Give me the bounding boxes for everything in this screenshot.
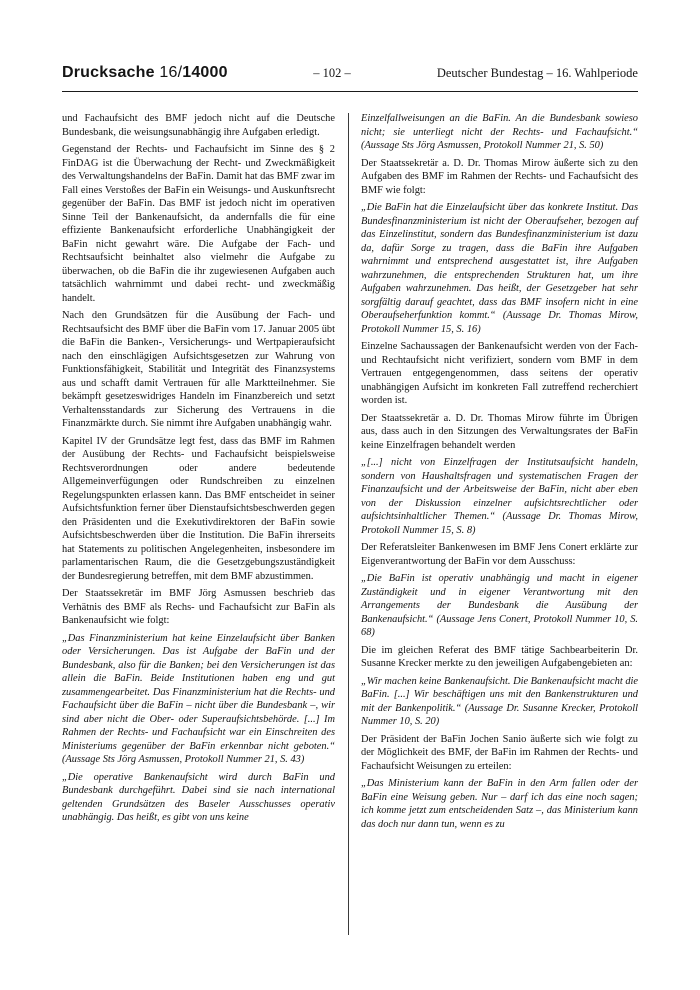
document-page: Drucksache 16/14000 – 102 – Deutscher Bu… — [0, 0, 700, 990]
paragraph: Einzelne Sachaussagen der Bankenaufsicht… — [361, 340, 638, 408]
quote-paragraph: „Die BaFin hat die Einzelaufsicht über d… — [361, 201, 638, 336]
left-column: und Fachaufsicht des BMF jedoch nicht au… — [62, 112, 335, 935]
doc-number-value: 14000 — [182, 64, 228, 81]
quote-paragraph: „Das Ministerium kann der BaFin in den A… — [361, 777, 638, 831]
paragraph: Gegenstand der Rechts- und Fachaufsicht … — [62, 143, 335, 305]
paragraph: Der Staatssekretär a. D. Dr. Thomas Miro… — [361, 412, 638, 453]
paragraph: und Fachaufsicht des BMF jedoch nicht au… — [62, 112, 335, 139]
doc-number-prefix: 16/ — [159, 64, 182, 81]
header-edition: Deutscher Bundestag – 16. Wahlperiode — [369, 66, 638, 81]
paragraph: Kapitel IV der Grundsätze legt fest, das… — [62, 435, 335, 584]
paragraph: Die im gleichen Referat des BMF tätige S… — [361, 644, 638, 671]
paragraph: Nach den Grundsätzen für die Ausübung de… — [62, 309, 335, 431]
quote-paragraph: „Wir machen keine Bankenaufsicht. Die Ba… — [361, 675, 638, 729]
header-rule — [62, 91, 638, 92]
page-header: Drucksache 16/14000 – 102 – Deutscher Bu… — [62, 64, 638, 90]
quote-paragraph: „Das Finanzministerium hat keine Einzela… — [62, 632, 335, 767]
right-column: Einzelfallweisungen an die BaFin. An die… — [361, 112, 638, 935]
paragraph: Der Referatsleiter Bankenwesen im BMF Je… — [361, 541, 638, 568]
quote-paragraph: Einzelfallweisungen an die BaFin. An die… — [361, 112, 638, 153]
doc-number-label: Drucksache — [62, 64, 155, 81]
doc-number: Drucksache 16/14000 — [62, 64, 331, 82]
page-number: – 102 – — [313, 66, 351, 81]
paragraph: Der Präsident der BaFin Jochen Sanio äuß… — [361, 733, 638, 774]
body-columns: und Fachaufsicht des BMF jedoch nicht au… — [62, 112, 638, 935]
paragraph: Der Staatssekretär a. D. Dr. Thomas Miro… — [361, 157, 638, 198]
quote-paragraph: „Die BaFin ist operativ unabhängig und m… — [361, 572, 638, 640]
quote-paragraph: „Die operative Bankenaufsicht wird durch… — [62, 771, 335, 825]
paragraph: Der Staatssekretär im BMF Jörg Asmussen … — [62, 587, 335, 628]
column-divider — [348, 113, 349, 935]
quote-paragraph: „[...] nicht von Einzelfragen der Instit… — [361, 456, 638, 537]
